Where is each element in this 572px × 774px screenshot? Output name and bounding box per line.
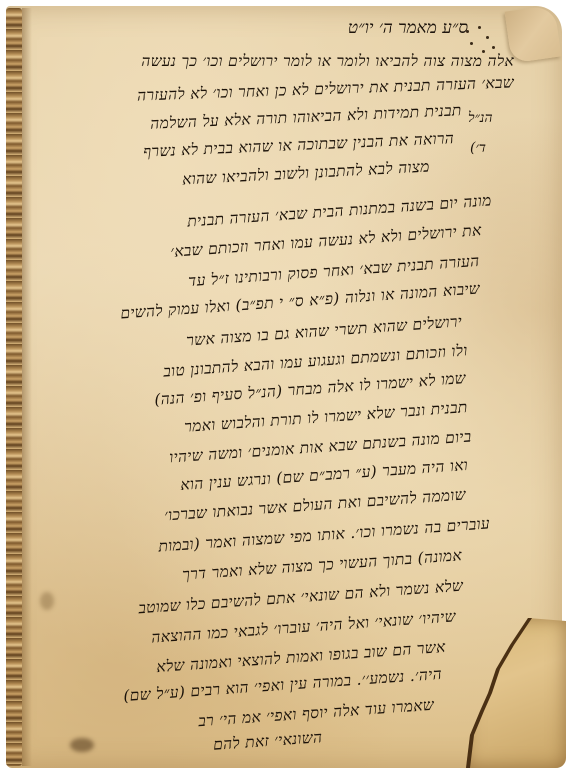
margin-note: הנ״ל bbox=[468, 110, 493, 127]
margin-note: ד׳) bbox=[470, 140, 486, 157]
manuscript-line: אלה מצוה צוה להביאו ולומר או לומר ירושלי… bbox=[141, 52, 514, 71]
binding-edge bbox=[6, 8, 22, 766]
manuscript-header: ס״ע מאמר ה׳ יו״ט bbox=[348, 18, 468, 38]
binding-shadow bbox=[22, 8, 32, 766]
ink-stain bbox=[40, 592, 54, 610]
ink-stain bbox=[70, 738, 94, 752]
photo-frame: ס״ע מאמר ה׳ יו״ט אלה מצוה צוה להביאו ולו… bbox=[0, 0, 572, 774]
